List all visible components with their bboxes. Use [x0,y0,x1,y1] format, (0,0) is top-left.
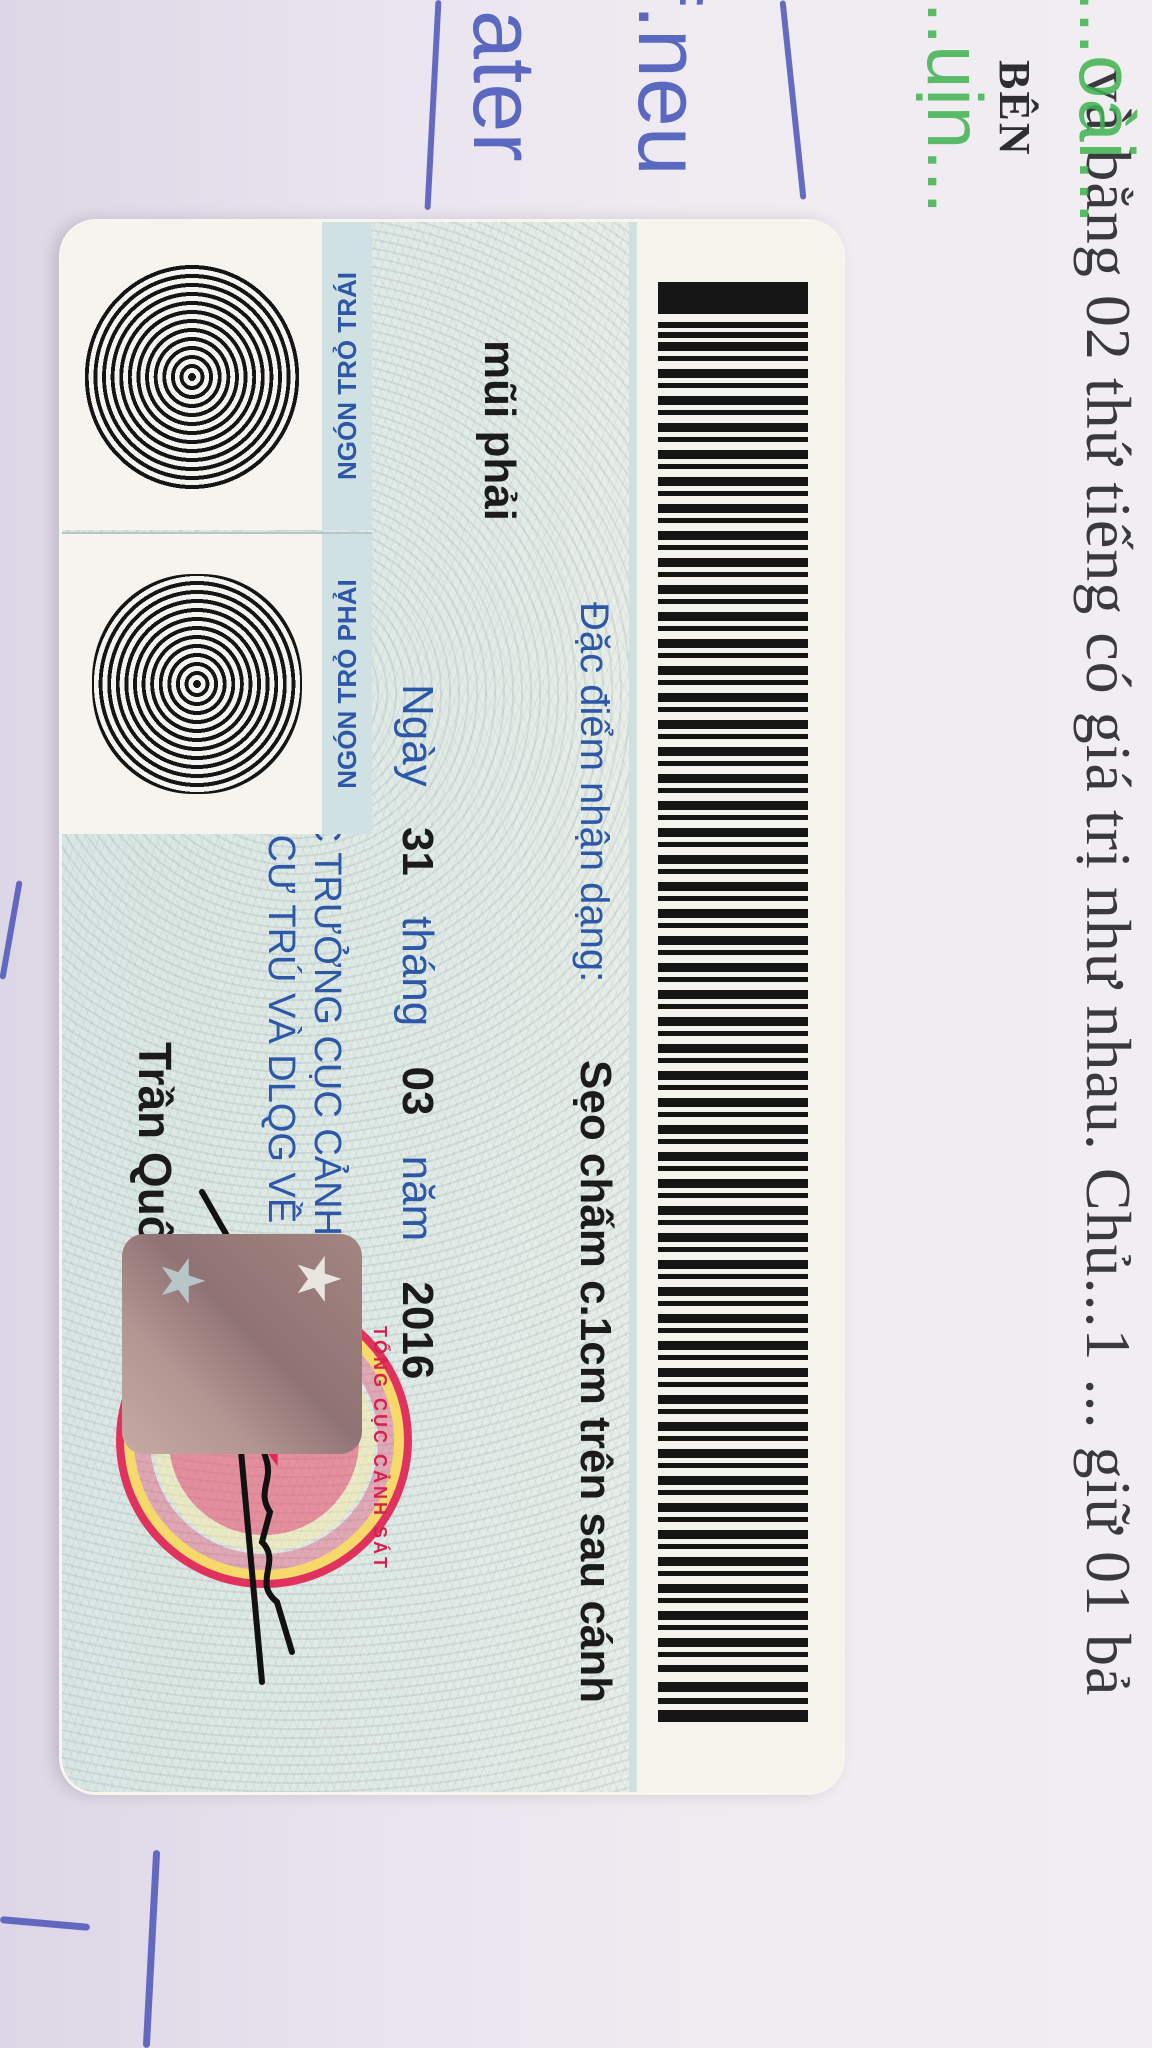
issue-date: Ngày 31 tháng 03 năm 2016 [392,684,442,1407]
barcode [658,282,808,1722]
pen-mark [425,0,442,210]
year-label: năm [393,1156,442,1242]
fingerprint [92,574,302,794]
fingerprint-panel-right-index: NGÓN TRỎ PHẢI [62,534,372,834]
star-icon: ★ [288,1252,348,1306]
green-stamp-text-2: ...uịn... [909,0,1000,214]
month-value: 03 [393,1066,442,1115]
id-card-back: Đặc điểm nhận dạng: Sẹo chấm c.1cm trên … [62,222,842,1792]
fingerprint-panel-left-index: NGÓN TRỎ TRÁI [62,222,372,530]
fingerprint-caption: NGÓN TRỎ TRÁI [322,222,372,530]
pen-mark [143,1850,160,2048]
green-stamp-text: ...oài... [1061,0,1152,224]
handwriting-text: ater [453,10,555,162]
day-label: Ngày [393,684,442,787]
fingerprint-caption: NGÓN TRỎ PHẢI [322,534,372,834]
identifying-features-value-cont: mũi phải [474,340,524,521]
fingerprint [82,262,302,492]
star-icon: ★ [152,1254,212,1308]
month-label: tháng [393,916,442,1026]
identifying-features-label: Đặc điểm nhận dạng: [571,602,616,982]
identifying-features-value: Sẹo chấm c.1cm trên sau cánh [570,1060,620,1703]
printed-document-line: và bằng 02 thứ tiếng có giá trị như nhau… [1071,70,1145,1696]
pdf417-code [658,342,808,1672]
hologram: ★ ★ [122,1234,362,1454]
handwriting-text-2: f.neu [618,0,720,176]
seal-text: TỔNG CỤC CẢNH SÁT [369,1326,390,1571]
pen-mark [0,1916,90,1931]
day-value: 31 [393,827,442,876]
pen-mark [0,880,23,980]
year-value: 2016 [393,1282,442,1380]
divider [629,222,637,1792]
pen-mark [780,0,807,200]
barcode-band [637,222,842,1792]
